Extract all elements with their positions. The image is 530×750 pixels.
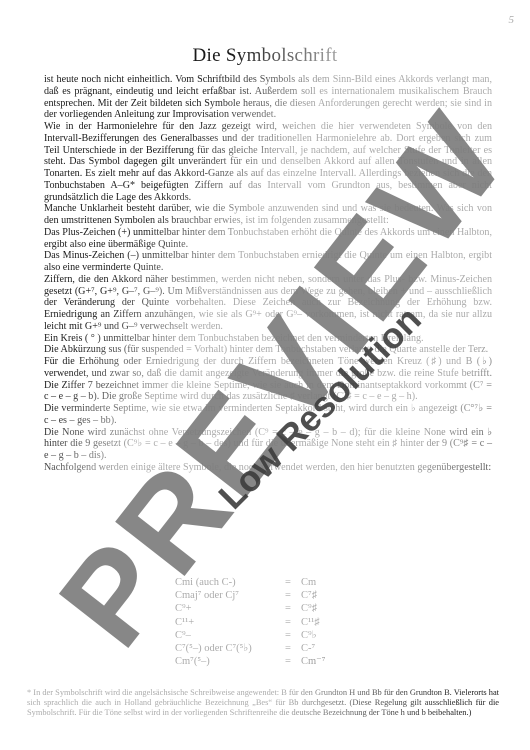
- paragraph: Die Abkürzung sus (für suspended = Vorha…: [44, 344, 492, 356]
- footnote-text: In der Symbolschrift wird die angelsächs…: [27, 688, 499, 717]
- old-symbol: Cm⁷(⁵–): [175, 655, 275, 668]
- new-symbol: Cm: [301, 576, 375, 589]
- table-row: C⁹+ = C⁹♯: [175, 602, 375, 615]
- paragraph: Manche Unklarheit besteht darüber, wie d…: [44, 203, 492, 227]
- paragraph: Wie in der Harmonielehre für den Jazz ge…: [44, 121, 492, 203]
- old-symbol: C⁹+: [175, 602, 275, 615]
- old-symbol: C⁹–: [175, 629, 275, 642]
- old-symbol: C⁷(⁵–) oder C⁷(⁵♭): [175, 642, 275, 655]
- table-row: C⁹– = C⁹♭: [175, 629, 375, 642]
- paragraph: Die verminderte Septime, wie sie etwa im…: [44, 403, 492, 427]
- equals-sign: =: [275, 576, 301, 589]
- chord-equivalents-table: Cmi (auch C-) = Cm Cmaj⁷ oder Cj⁷ = C⁷♯ …: [175, 576, 375, 668]
- old-symbol: C¹¹+: [175, 616, 275, 629]
- old-symbol: Cmi (auch C-): [175, 576, 275, 589]
- page-title: Die Symbolschrift: [0, 45, 530, 67]
- new-symbol: C⁷♯: [301, 589, 375, 602]
- paragraph: Ziffern, die den Akkord näher bestimmen,…: [44, 274, 492, 333]
- equals-sign: =: [275, 629, 301, 642]
- new-symbol: C⁹♯: [301, 602, 375, 615]
- body-text: ist heute noch nicht einheitlich. Vom Sc…: [44, 74, 492, 474]
- page-number: 5: [509, 14, 515, 26]
- equals-sign: =: [275, 642, 301, 655]
- paragraph: Für die Erhöhung oder Erniedrigung der d…: [44, 356, 492, 403]
- equals-sign: =: [275, 589, 301, 602]
- paragraph: Ein Kreis ( ° ) unmittelbar hinter dem T…: [44, 333, 492, 345]
- paragraph: ist heute noch nicht einheitlich. Vom Sc…: [44, 74, 492, 121]
- table-row: C¹¹+ = C¹¹♯: [175, 616, 375, 629]
- equals-sign: =: [275, 616, 301, 629]
- new-symbol: Cm⁻⁷: [301, 655, 375, 668]
- table-row: Cm⁷(⁵–) = Cm⁻⁷: [175, 655, 375, 668]
- table-row: C⁷(⁵–) oder C⁷(⁵♭) = C-⁷: [175, 642, 375, 655]
- paragraph: Nachfolgend werden einige ältere Symbole…: [44, 462, 492, 474]
- paragraph: Das Plus-Zeichen (+) unmittelbar hinter …: [44, 227, 492, 251]
- new-symbol: C-⁷: [301, 642, 375, 655]
- footnote: * In der Symbolschrift wird die angelsäc…: [27, 688, 499, 717]
- footnote-marker: *: [27, 688, 31, 697]
- table-row: Cmaj⁷ oder Cj⁷ = C⁷♯: [175, 589, 375, 602]
- old-symbol: Cmaj⁷ oder Cj⁷: [175, 589, 275, 602]
- new-symbol: C⁹♭: [301, 629, 375, 642]
- equals-sign: =: [275, 655, 301, 668]
- paragraph: Die None wird zunächst ohne Versetzungsz…: [44, 427, 492, 462]
- table-row: Cmi (auch C-) = Cm: [175, 576, 375, 589]
- equals-sign: =: [275, 602, 301, 615]
- new-symbol: C¹¹♯: [301, 616, 375, 629]
- paragraph: Das Minus-Zeichen (–) unmittelbar hinter…: [44, 250, 492, 274]
